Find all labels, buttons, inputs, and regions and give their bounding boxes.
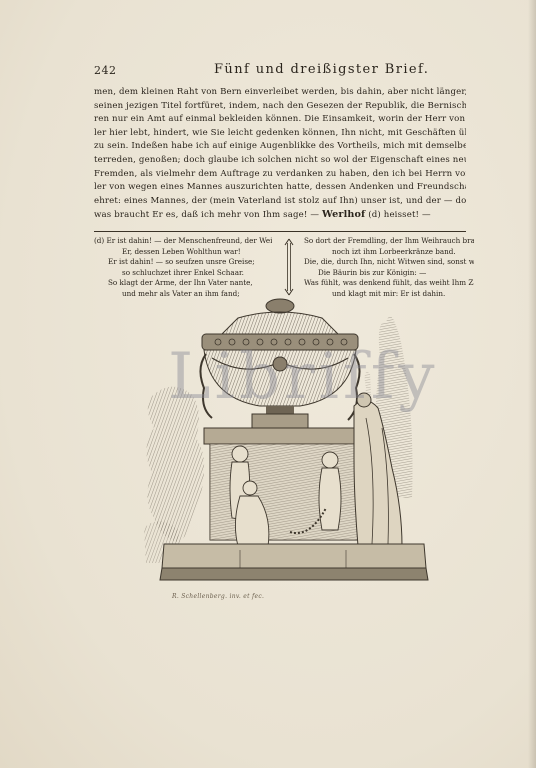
footnote-line: Die, die, durch Ihn, nicht Witwen sind, … — [304, 257, 474, 268]
footnote-separator-rule — [94, 231, 466, 232]
letter-body: men, dem kleinen Raht von Bern einverlei… — [94, 86, 466, 223]
footnote-reference: (d) heisset! — — [365, 210, 430, 220]
footnote-line: (d) Er ist dahin! — der Menschenfreund, … — [94, 236, 272, 247]
body-line: Fremden, als vielmehr dem Auftrage zu ve… — [94, 168, 466, 182]
page-edge-shadow — [528, 0, 536, 768]
emphasized-name: Werlhof — [322, 209, 365, 220]
body-line-last: was braucht Er es, daß ich mehr von Ihm … — [94, 208, 466, 223]
body-line: ehret: eines Mannes, der (mein Vaterland… — [94, 195, 466, 209]
double-arrow-divider-icon — [284, 238, 294, 296]
running-title: Fünf und dreißigster Brief. — [214, 62, 429, 77]
footnote-line: Er ist dahin! — so seufzen unsre Greise; — [94, 257, 272, 268]
page-number: 242 — [94, 64, 117, 77]
engraver-signature: R. Schellenberg. inv. et fec. — [172, 593, 264, 600]
body-line: ler hier lebt, hindert, wie Sie leicht g… — [94, 127, 466, 141]
body-line: men, dem kleinen Raht von Bern einverlei… — [94, 86, 466, 100]
page-header: 242 Fünf und dreißigster Brief. — [94, 62, 464, 80]
footnote-line: Die Bäurin bis zur Königin: — — [304, 268, 474, 279]
footnote-block: (d) Er ist dahin! — der Menschenfreund, … — [94, 236, 466, 298]
footnote-line: Was fühlt, was denkend fühlt, das weiht … — [304, 278, 474, 289]
body-line: ler von wegen eines Mannes auszurichten … — [94, 181, 466, 195]
urn-monument-engraving — [140, 298, 440, 588]
footnote-left-column: (d) Er ist dahin! — der Menschenfreund, … — [94, 236, 272, 299]
footnote-line: So klagt der Arme, der Ihn Vater nante, — [94, 278, 272, 289]
footnote-line: So dort der Fremdling, der Ihm Weihrauch… — [304, 236, 474, 247]
body-line: terreden, genoßen; doch glaube ich solch… — [94, 154, 466, 168]
book-page: 242 Fünf und dreißigster Brief. men, dem… — [0, 0, 536, 768]
footnote-right-column: So dort der Fremdling, der Ihm Weihrauch… — [304, 236, 474, 299]
footnote-line: so schluchzet ihrer Enkel Schaar. — [94, 268, 272, 279]
body-line: ren nur ein Amt auf einmal bekleiden kön… — [94, 113, 466, 127]
footnote-line: Er, dessen Leben Wohlthun war! — [94, 247, 272, 258]
body-line: zu sein. Indeßen habe ich auf einige Aug… — [94, 140, 466, 154]
body-line: seinen jezigen Titel fortfüret, indem, n… — [94, 100, 466, 114]
footnote-line: noch izt ihm Lorbeerkränze band. — [304, 247, 474, 258]
body-line-text: was braucht Er es, daß ich mehr von Ihm … — [94, 210, 319, 220]
